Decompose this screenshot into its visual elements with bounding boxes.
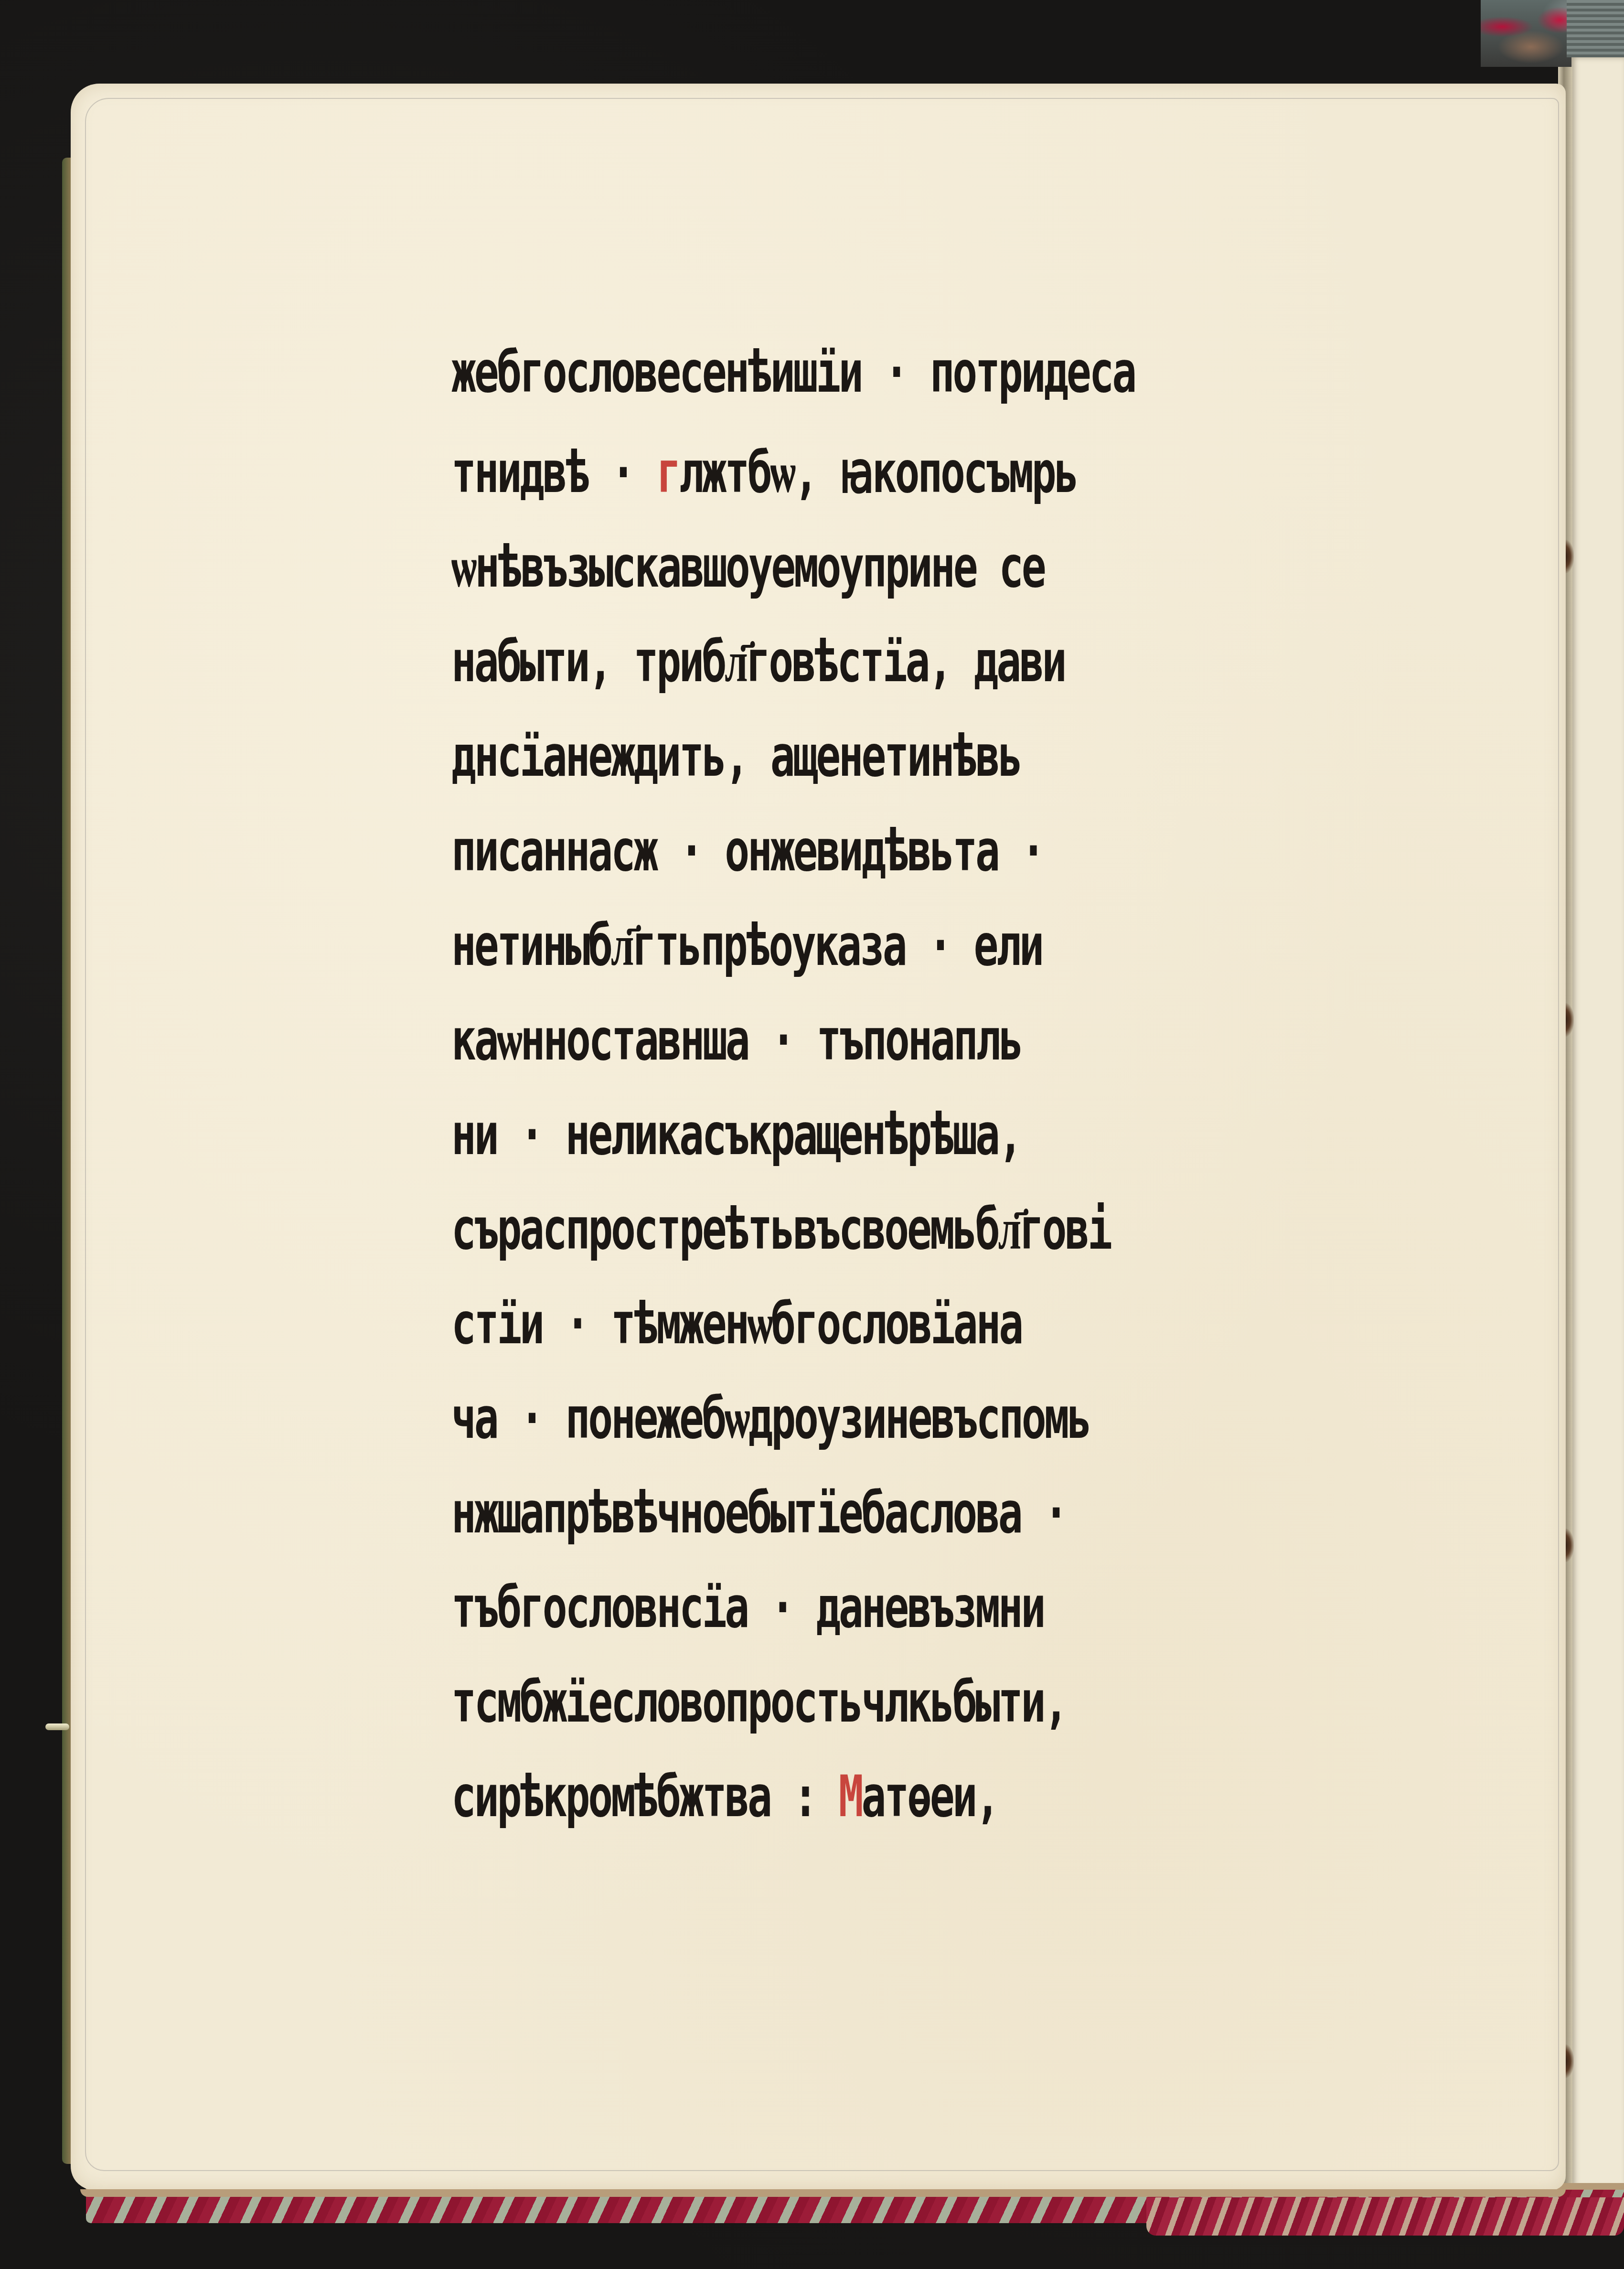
text-line: тсмбжїесловопростьчлкьбыти, [451,1617,1383,1712]
text-line: тнидвѣ · глжтбѡ, ꙗкопосъмрь [451,387,1383,482]
text-line: набыти, трибл҃говѣстїа, дави [451,577,1383,672]
facing-page-edge [1571,57,1624,2188]
text-line: съраспростреѣтьвъсвоемьбл҃гові [451,1145,1383,1239]
text-line: каѡнноставнша · тъпонапль [451,955,1383,1050]
page-bottom-edge [80,2189,1566,2197]
text-line: ѡнѣвъзыскавшоуемоуприне се [451,482,1383,577]
text-line: нетиныбл҃гтьпрѣоуказа · ели [451,861,1383,955]
text-line: стїи · тѣмженѡбгословїана [451,1239,1383,1334]
binding-band-bottom-right [1146,2197,1624,2236]
text-line: нжшапрѣвѣчноебытїебаслова · [451,1428,1383,1523]
pin-marker [45,1723,69,1730]
line-text: сирѣкромѣбжтва : Матѳеи, [451,1768,998,1826]
bookblock-edge [1567,0,1624,57]
text-line: сирѣкромѣбжтва : Матѳеи, [451,1712,1383,1807]
text-line: ни · неликасъкращенѣрѣша, [451,1050,1383,1145]
text-line: тъбгословнсїа · даневъзмни [451,1523,1383,1617]
text-block: жебгословесенѣишїи · потридеса тнидвѣ · … [451,334,1383,1807]
text-line: писаннасж · онжевидѣвьта · [451,766,1383,861]
text-line: жебгословесенѣишїи · потридеса [451,334,1383,387]
text-line: днсїанеждить, ащенетинѣвь [451,672,1383,766]
rubric-initial: М [839,1764,862,1830]
text-line: ча · понежебѡдроузиневъспомь [451,1334,1383,1428]
